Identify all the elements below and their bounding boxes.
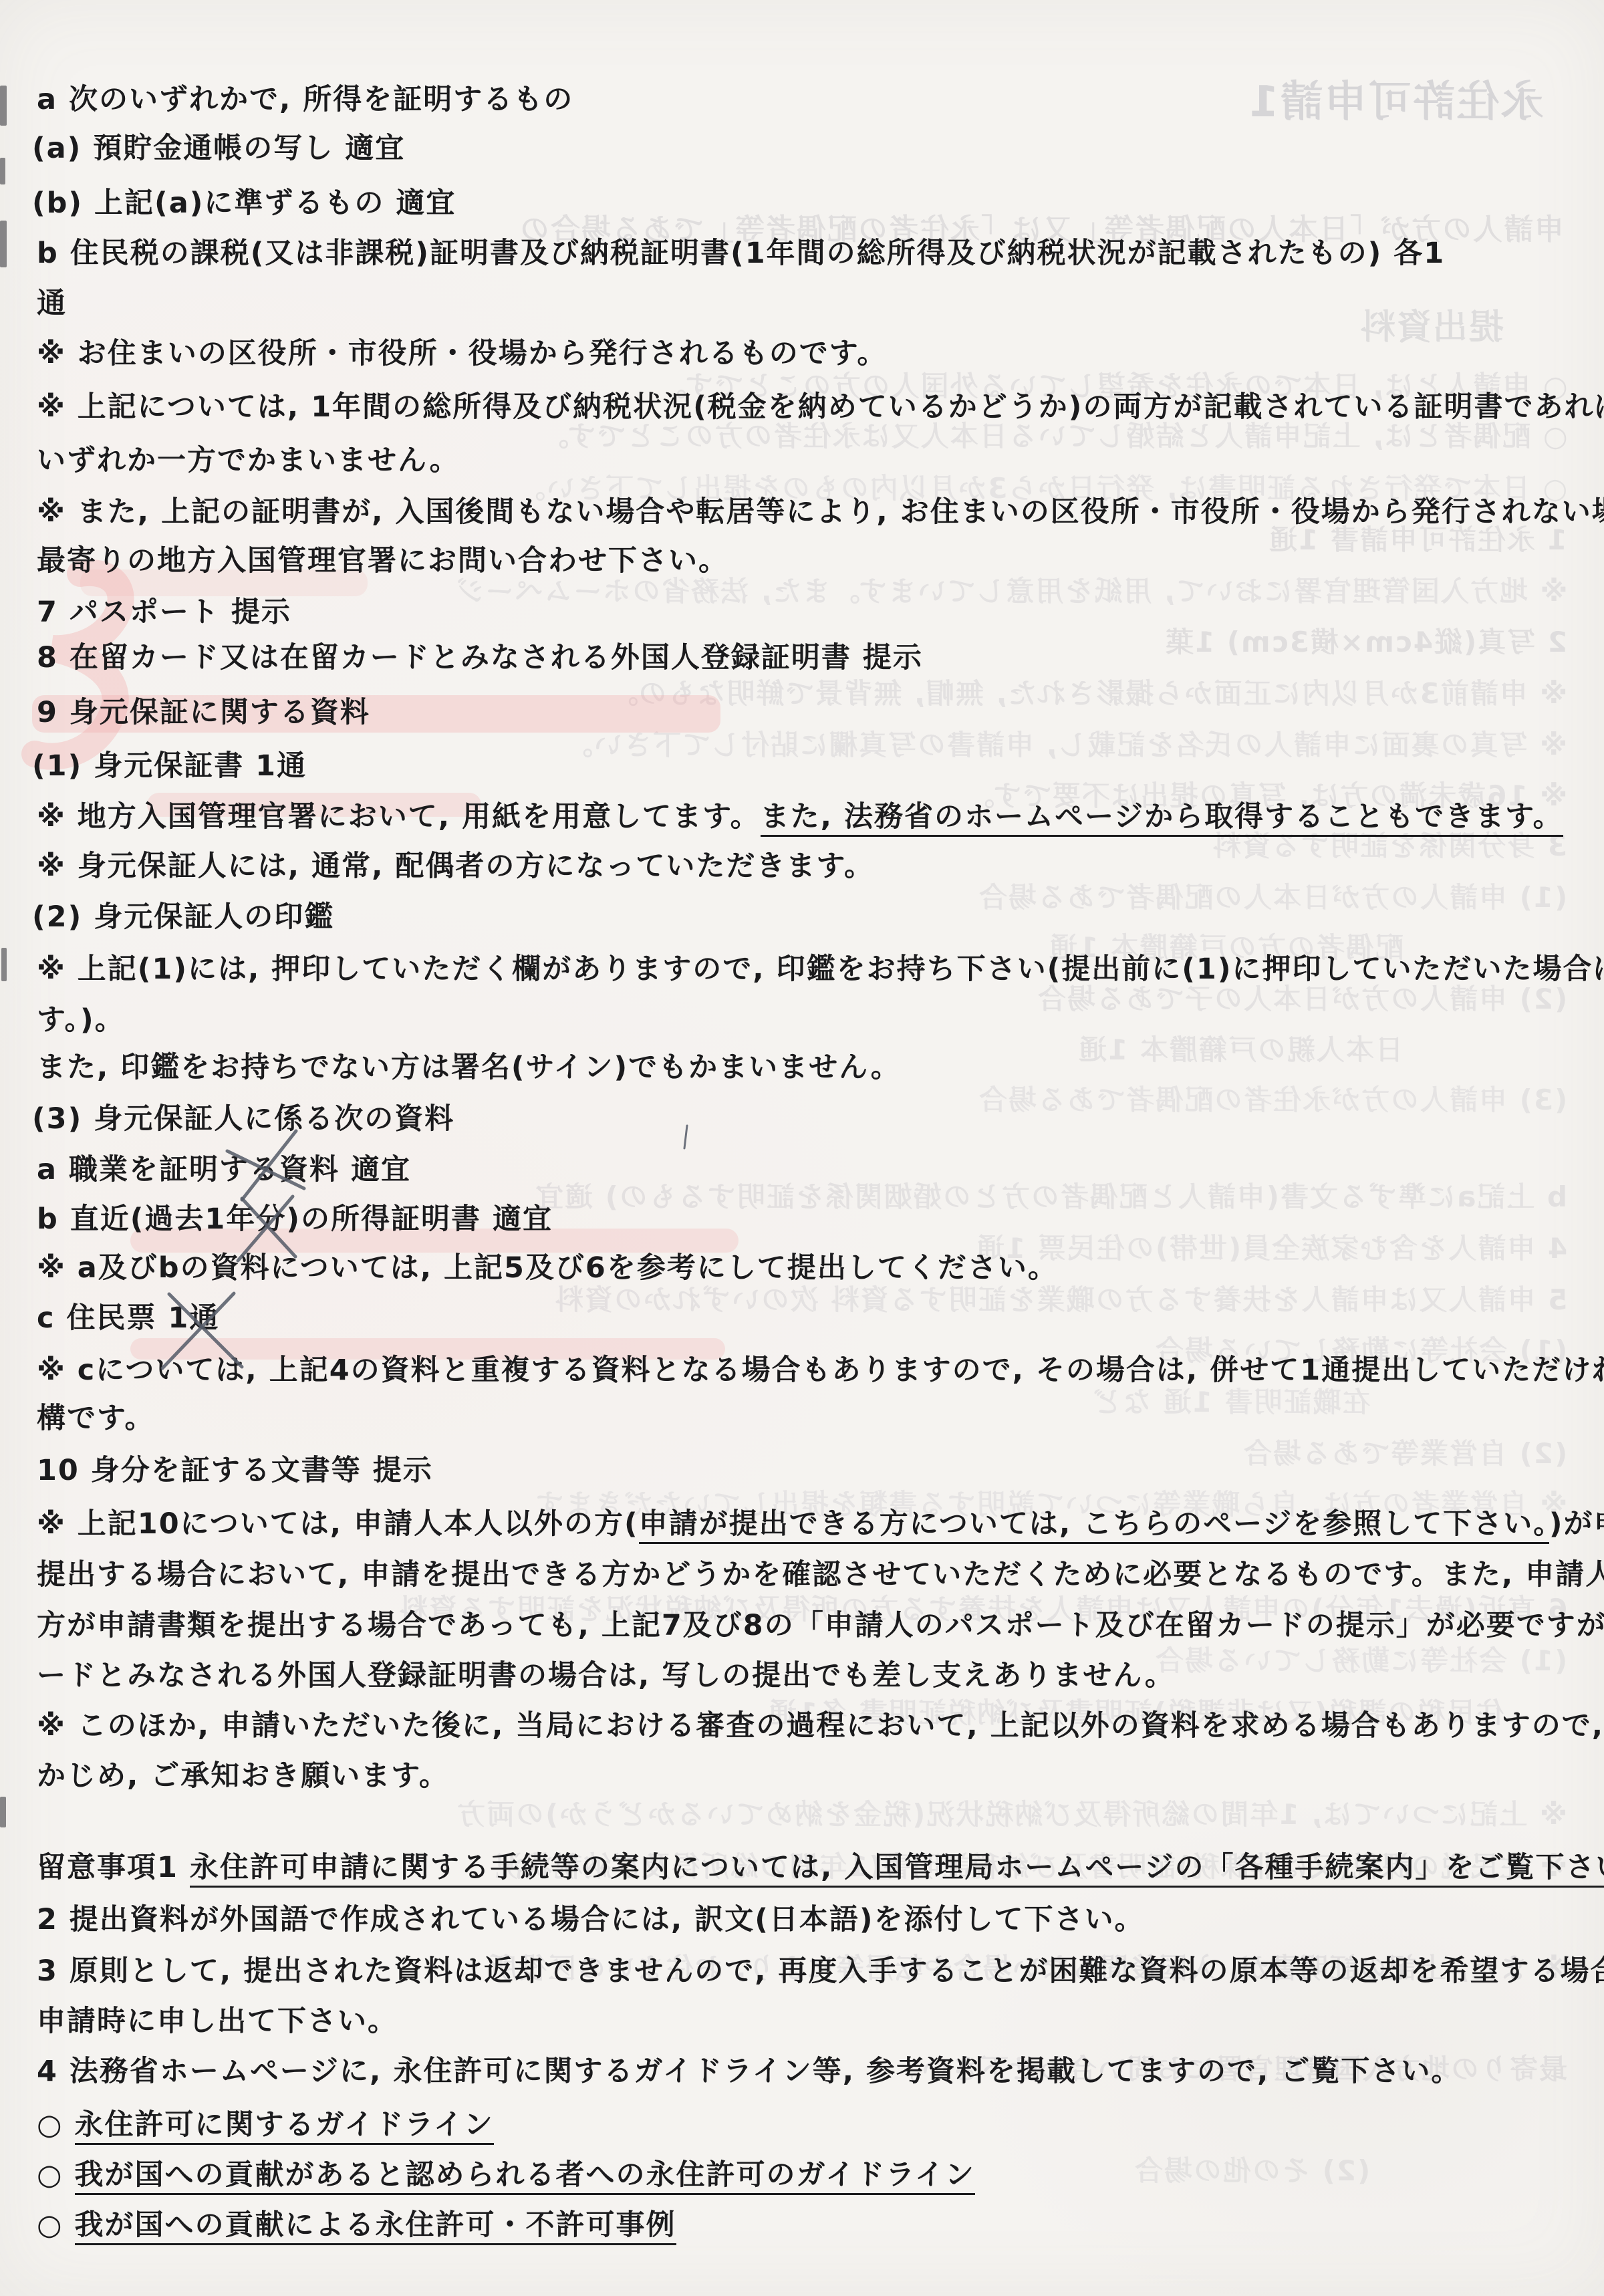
scan-speck [0, 86, 7, 126]
scan-speck [1, 948, 7, 981]
scan-speck [0, 1797, 6, 1827]
scan-speck [0, 221, 7, 267]
scan-artifacts-layer [0, 0, 1604, 2296]
scanned-document-page: 永住許可申請1申請人の方が「日本人の配偶者等」又は「永住者の配偶者等」である場合… [0, 0, 1604, 2296]
scan-speck [0, 158, 5, 184]
